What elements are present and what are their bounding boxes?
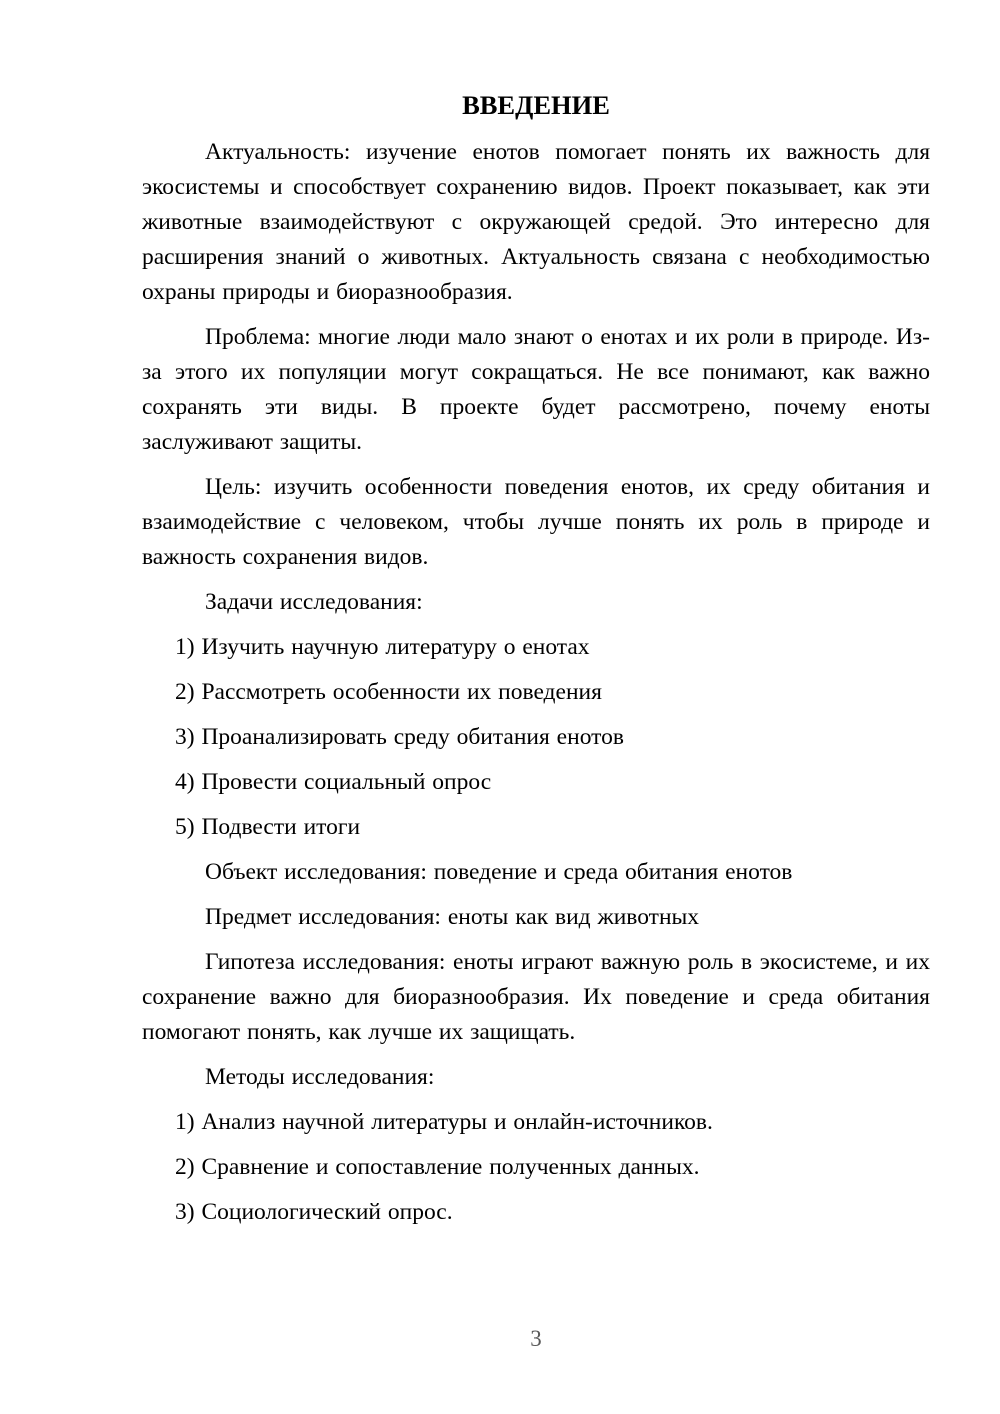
list-item: 1) Анализ научной литературы и онлайн-ис… (175, 1105, 930, 1140)
paragraph: Объект исследования: поведение и среда о… (142, 855, 930, 890)
paragraph: Актуальность: изучение енотов помогает п… (142, 135, 930, 310)
list-item: 2) Рассмотреть особенности их поведения (175, 675, 930, 710)
list-item: 2) Сравнение и сопоставление полученных … (175, 1150, 930, 1185)
page-title: ВВЕДЕНИЕ (142, 90, 930, 121)
list-item: 1) Изучить научную литературу о енотах (175, 630, 930, 665)
list-item: 5) Подвести итоги (175, 810, 930, 845)
list-item: 3) Социологический опрос. (175, 1195, 930, 1230)
document-body: Актуальность: изучение енотов помогает п… (142, 135, 930, 1230)
paragraph: Задачи исследования: (142, 585, 930, 620)
paragraph: Проблема: многие люди мало знают о енота… (142, 320, 930, 460)
list-item: 4) Провести социальный опрос (175, 765, 930, 800)
document-page: ВВЕДЕНИЕ Актуальность: изучение енотов п… (0, 0, 1000, 1414)
paragraph: Методы исследования: (142, 1060, 930, 1095)
paragraph: Гипотеза исследования: еноты играют важн… (142, 945, 930, 1050)
paragraph: Цель: изучить особенности поведения енот… (142, 470, 930, 575)
page-number: 3 (142, 1325, 930, 1353)
list-item: 3) Проанализировать среду обитания еното… (175, 720, 930, 755)
paragraph: Предмет исследования: еноты как вид живо… (142, 900, 930, 935)
